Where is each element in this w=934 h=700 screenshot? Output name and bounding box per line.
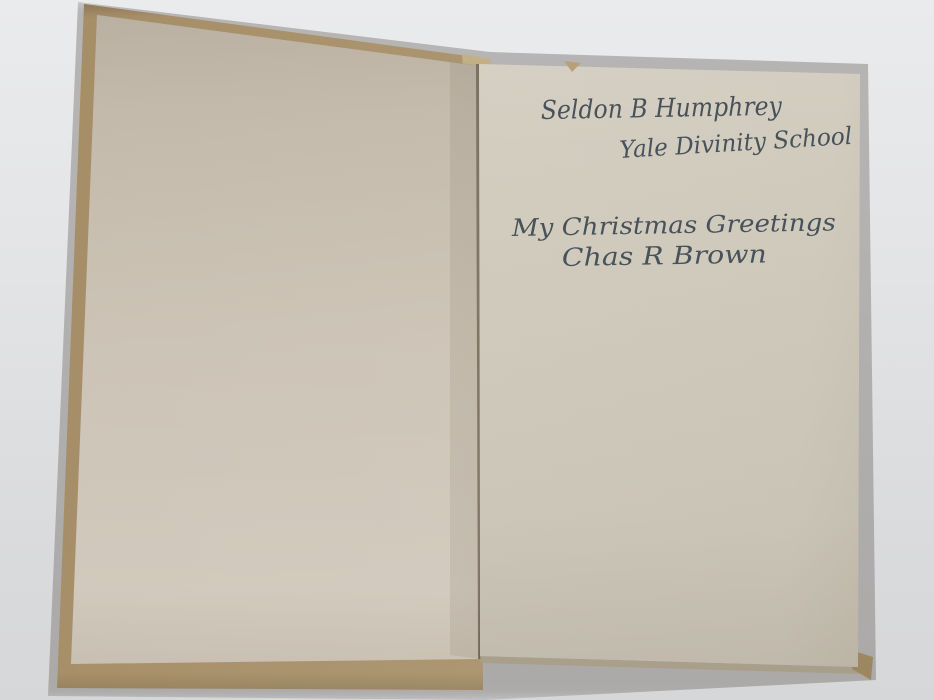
- inscription-owner-name: Seldon B Humphrey: [541, 92, 783, 126]
- photo-canvas: Seldon B Humphrey Yale Divinity School M…: [0, 0, 934, 700]
- inscription-greeting: My Christmas Greetings: [511, 208, 837, 242]
- inscriptions-layer: Seldon B Humphrey Yale Divinity School M…: [0, 0, 934, 700]
- inscription-signature: Chas R Brown: [562, 239, 767, 272]
- inscription-owner-school: Yale Divinity School: [619, 122, 853, 164]
